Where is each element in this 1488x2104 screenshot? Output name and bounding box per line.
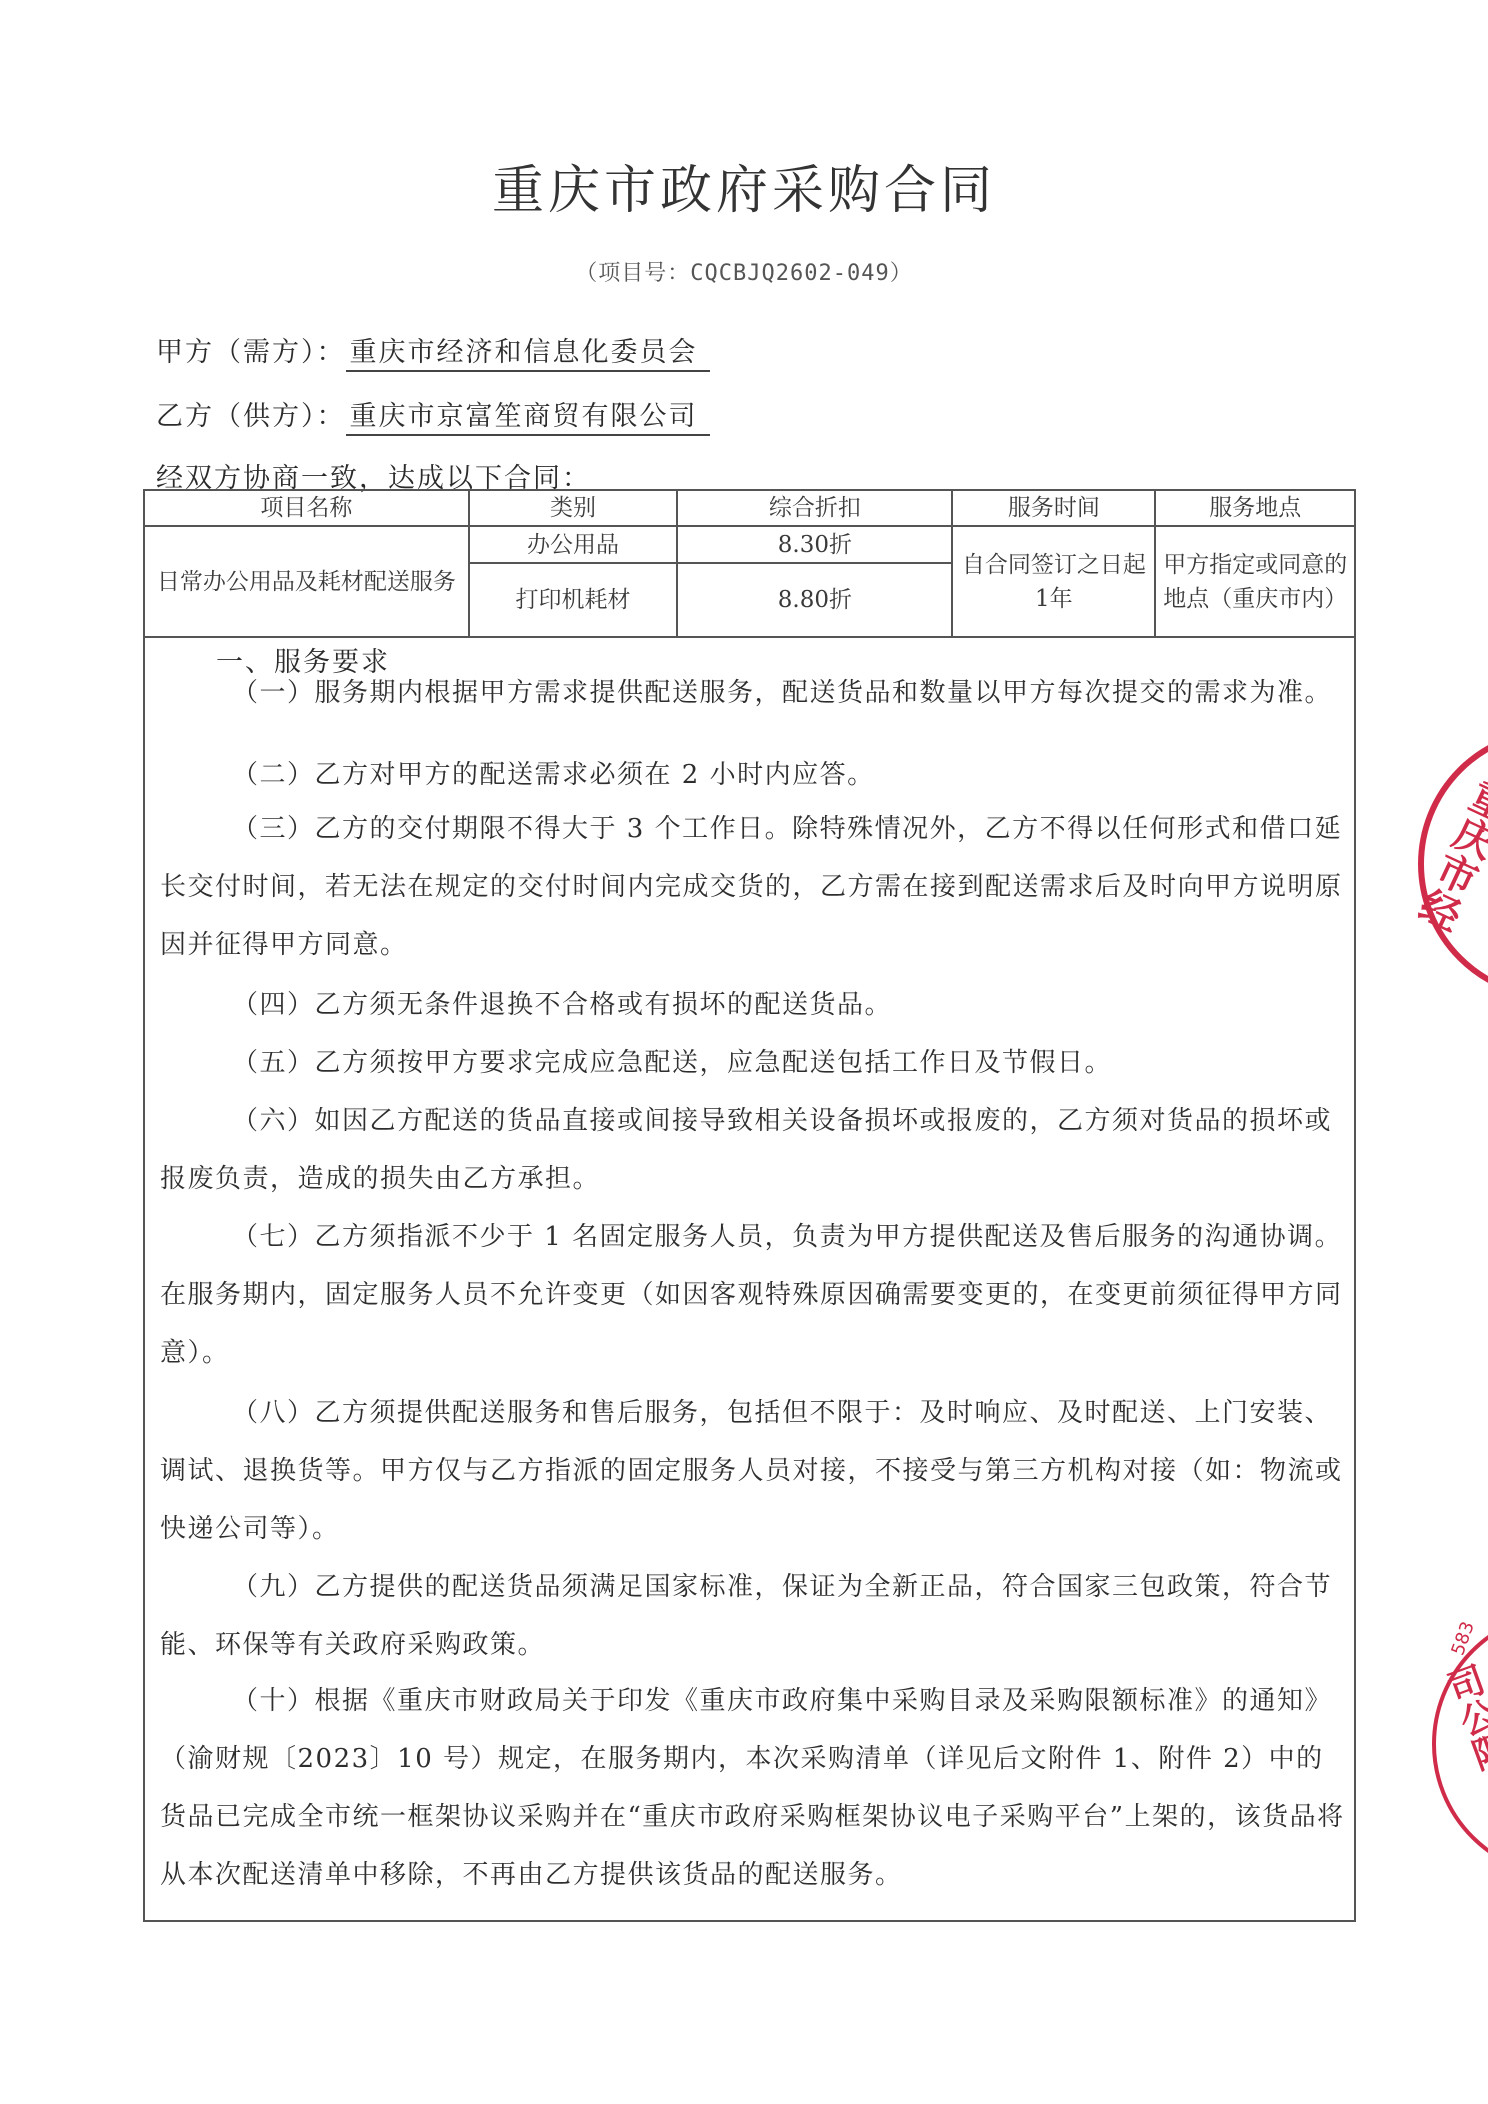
document-title: 重庆市政府采购合同 [0,148,1488,223]
cell-project-name: 日常办公用品及耗材配送服务 [144,526,469,637]
cell-discount: 8.30折 [677,526,952,563]
party-b-label: 乙方（供方）： [156,401,346,432]
clause-5: （五）乙方须按甲方要求完成应急配送，应急配送包括工作日及节假日。 [160,1034,1350,1092]
party-b-name: 重庆市京富笙商贸有限公司 [346,401,710,436]
cell-category: 打印机耗材 [469,563,678,637]
header-discount: 综合折扣 [677,490,952,526]
table-row: 日常办公用品及耗材配送服务 办公用品 8.30折 自合同签订之日起1年 甲方指定… [144,526,1355,563]
header-service-time: 服务时间 [952,490,1155,526]
cell-service-location: 甲方指定或同意的地点（重庆市内） [1155,526,1355,637]
party-a: 甲方（需方）：重庆市经济和信息化委员会 [156,330,710,369]
clause-9: （九）乙方提供的配送货品须满足国家标准，保证为全新正品，符合国家三包政策，符合节… [160,1558,1350,1674]
official-seal-bottom: 583 司公限 [1432,1610,1488,1878]
official-seal-top: 重庆市经 [1418,728,1488,1000]
cell-discount: 8.80折 [677,563,952,637]
contract-summary-table: 项目名称 类别 综合折扣 服务时间 服务地点 日常办公用品及耗材配送服务 办公用… [143,489,1356,638]
clause-3: （三）乙方的交付期限不得大于 3 个工作日。除特殊情况外，乙方不得以任何形式和借… [160,800,1350,974]
clause-8: （八）乙方须提供配送服务和售后服务，包括但不限于：及时响应、及时配送、上门安装、… [160,1384,1350,1558]
cell-service-time: 自合同签订之日起1年 [952,526,1155,637]
seal-top-text: 重庆市经 [1407,771,1488,937]
cell-category: 办公用品 [469,526,678,563]
party-a-name: 重庆市经济和信息化委员会 [346,337,710,372]
clause-7: （七）乙方须指派不少于 1 名固定服务人员，负责为甲方提供配送及售后服务的沟通协… [160,1208,1350,1382]
header-category: 类别 [469,490,678,526]
clause-2: （二）乙方对甲方的配送需求必须在 2 小时内应答。 [160,746,1350,804]
clause-1: （一）服务期内根据甲方需求提供配送服务，配送货品和数量以甲方每次提交的需求为准。 [160,664,1350,722]
header-service-location: 服务地点 [1155,490,1355,526]
seal-bottom-text: 司公限 [1433,1659,1488,1778]
clause-10: （十）根据《重庆市财政局关于印发《重庆市政府集中采购目录及采购限额标准》的通知》… [160,1672,1350,1904]
table-header-row: 项目名称 类别 综合折扣 服务时间 服务地点 [144,490,1355,526]
party-b: 乙方（供方）：重庆市京富笙商贸有限公司 [156,394,710,433]
header-project-name: 项目名称 [144,490,469,526]
seal-bottom-code: 583 [1447,1619,1478,1658]
party-a-label: 甲方（需方）： [156,337,346,368]
project-number: （项目号：CQCBJQ2602-049） [0,256,1488,287]
clause-6: （六）如因乙方配送的货品直接或间接导致相关设备损坏或报废的，乙方须对货品的损坏或… [160,1092,1350,1208]
clause-4: （四）乙方须无条件退换不合格或有损坏的配送货品。 [160,976,1350,1034]
